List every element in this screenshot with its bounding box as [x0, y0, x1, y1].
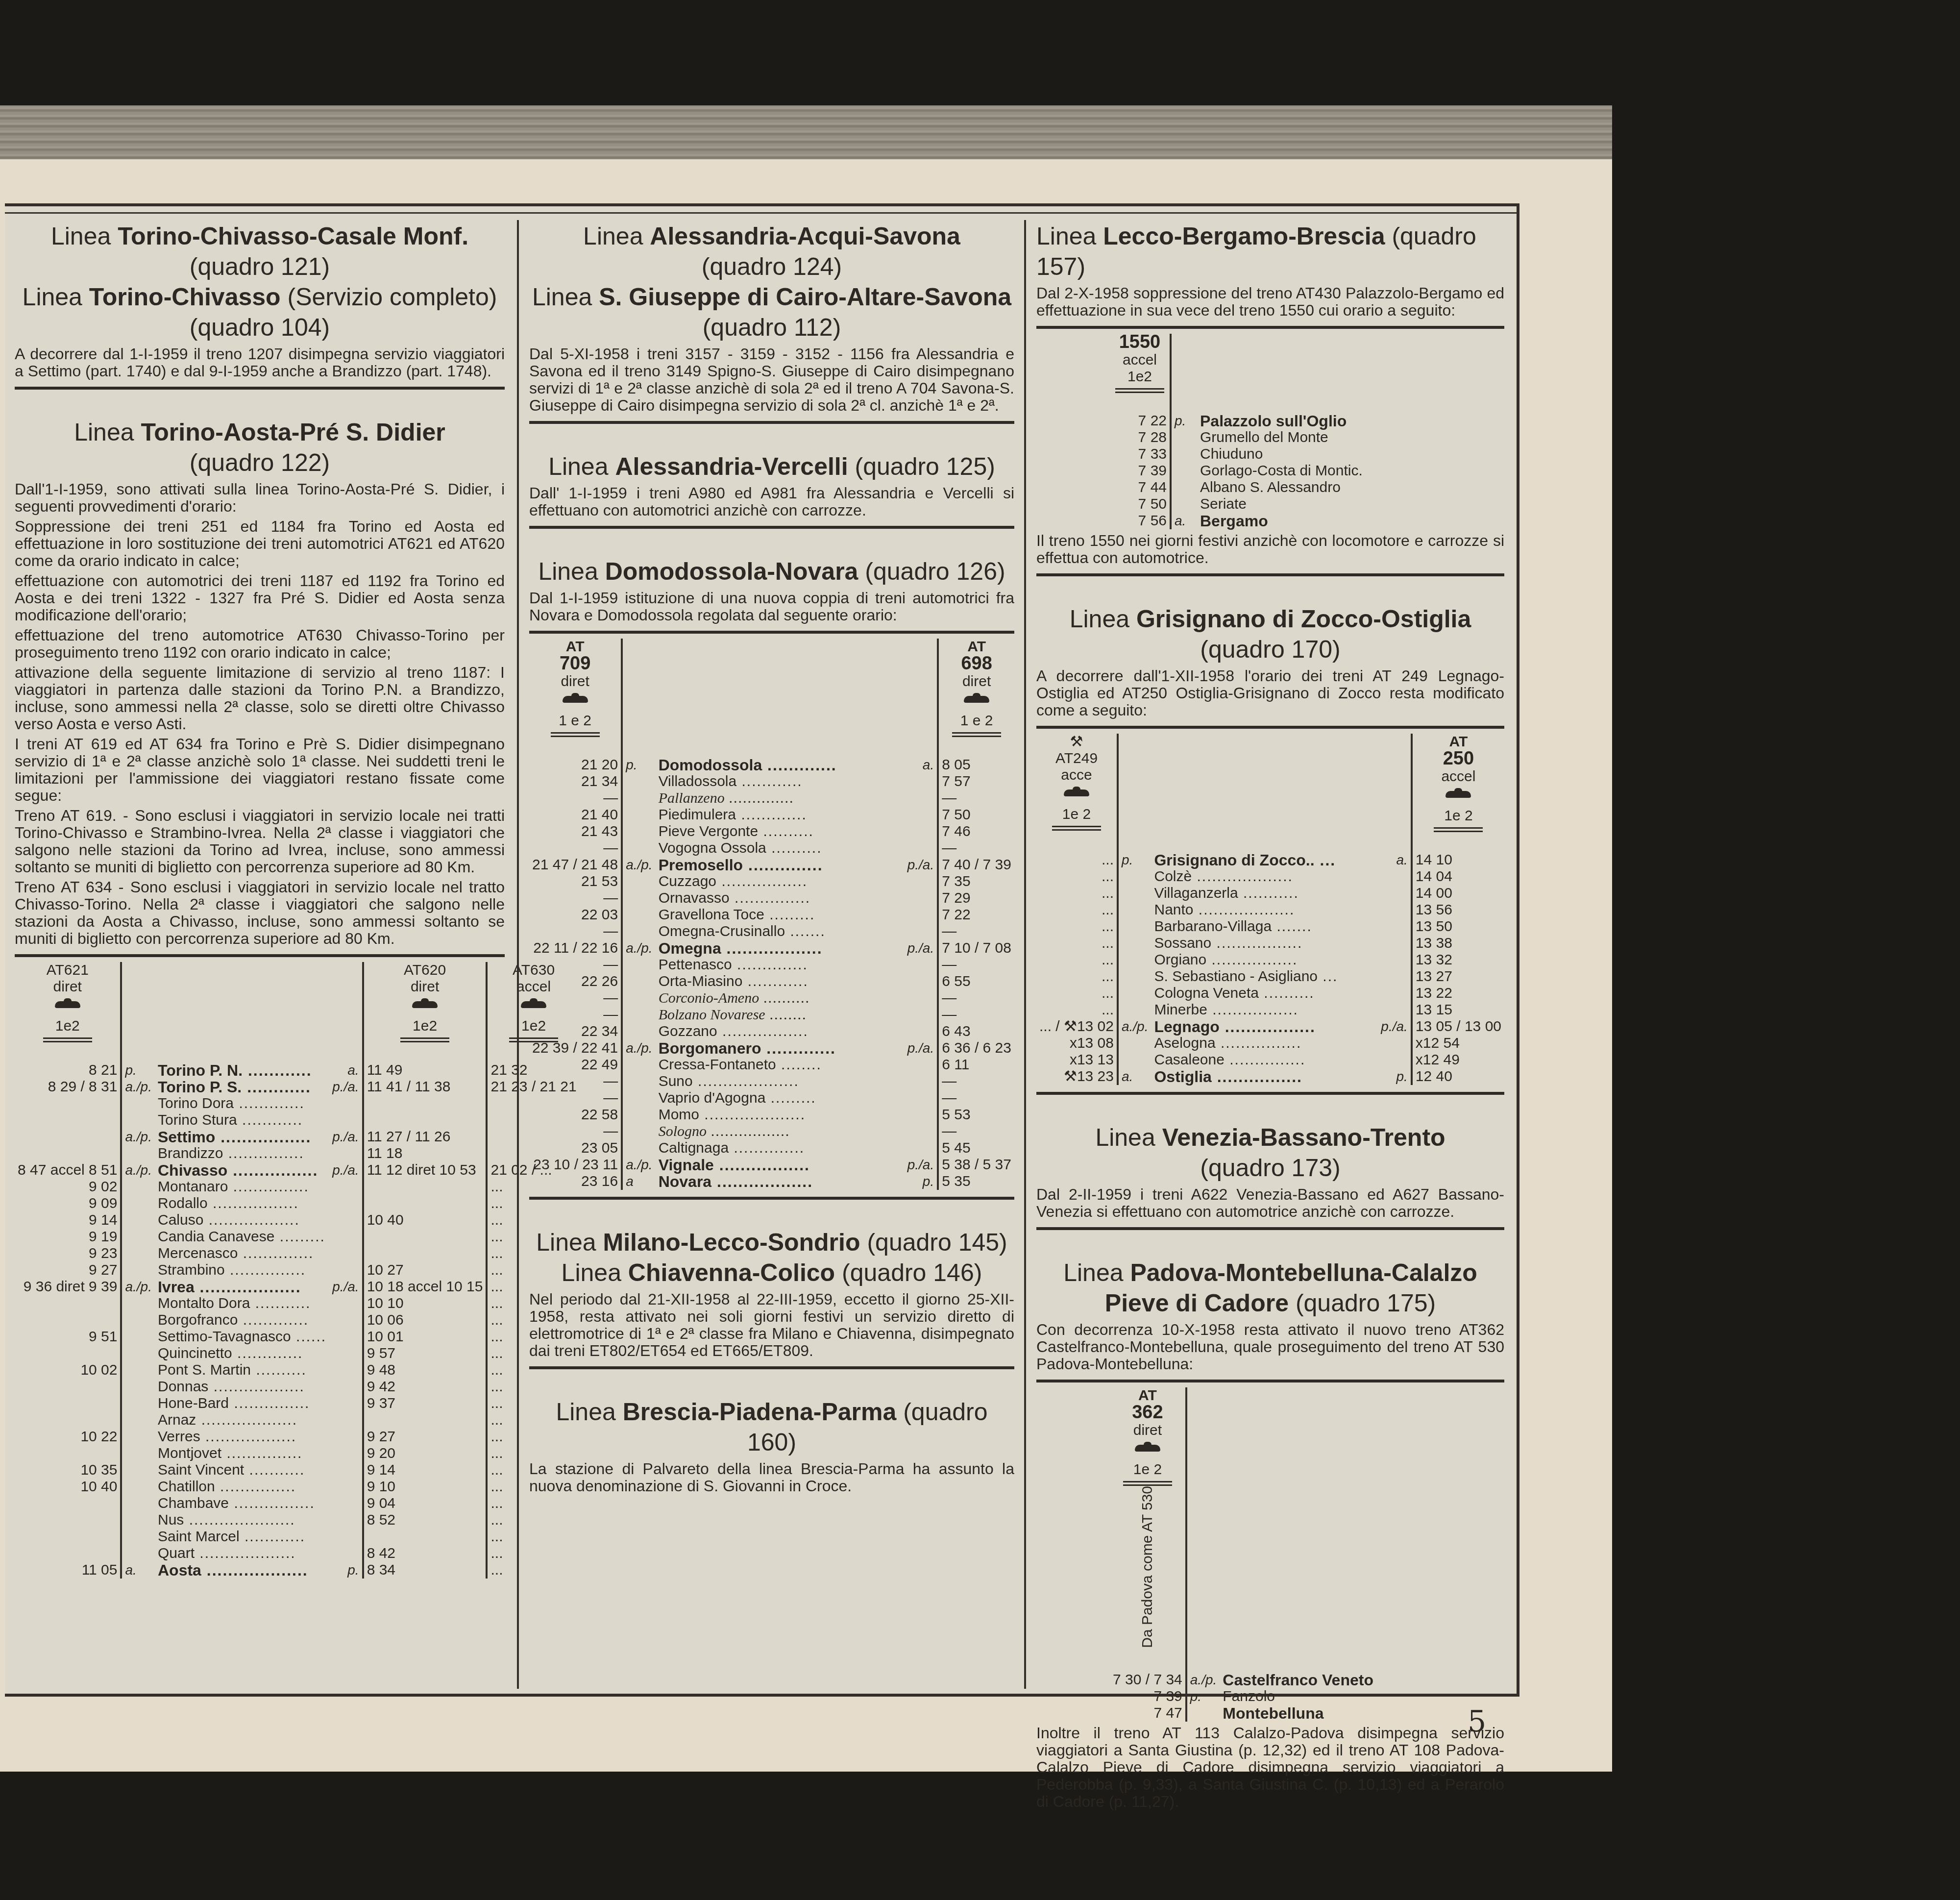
arr-dep-marker — [329, 1229, 363, 1245]
station-name: Barbarano-Villaga ....... — [1151, 918, 1378, 935]
table-row: 8 29 / 8 31a./p.Torino P. S. ...........… — [15, 1079, 580, 1095]
table-row: 9 19Candia Canavese ............ — [15, 1229, 580, 1245]
time-at698: — — [938, 790, 1014, 807]
arr-dep-marker — [329, 1212, 363, 1229]
section-title: Linea Torino-Chivasso (Servizio completo… — [15, 282, 505, 312]
divider — [529, 421, 1014, 424]
arr-dep-marker — [1378, 1052, 1411, 1068]
table-row: 7 22p.Palazzolo sull'Oglio — [1110, 413, 1366, 429]
time-at709: — — [529, 1073, 622, 1090]
time-1550: 7 44 — [1110, 479, 1171, 496]
time-at709: 22 03 — [529, 907, 622, 923]
arr-dep-marker — [121, 1179, 154, 1195]
arr-dep-marker — [1186, 1705, 1220, 1722]
time-at698: 5 53 — [938, 1107, 1014, 1123]
notice-lecco-bergamo-brescia: Linea Lecco-Bergamo-Brescia (quadro 157)… — [1027, 221, 1514, 604]
station-name: Donnas .................. — [155, 1379, 329, 1395]
time-at698: — — [938, 957, 1014, 973]
time-at249: ... — [1036, 852, 1118, 868]
table-row: 7 28Grumello del Monte — [1110, 429, 1366, 446]
arr-dep-marker — [329, 1345, 363, 1362]
time-at620 — [363, 1229, 487, 1245]
table-row: —Sologno .................— — [529, 1123, 1014, 1140]
station-name: Quart ................... — [155, 1545, 329, 1562]
time-at621: 9 27 — [15, 1262, 121, 1279]
time-at620: 11 27 / 11 26 — [363, 1129, 487, 1145]
arr-dep-marker — [329, 1112, 363, 1129]
double-rule — [551, 732, 600, 737]
arr-dep-marker — [622, 1123, 655, 1140]
table-row: 10 02Pont S. Martin ..........9 48... — [15, 1362, 580, 1379]
timetable-header: AT621 diret 1e2 AT620 diret 1e2 — [15, 962, 580, 1062]
arr-dep-marker: p./a. — [905, 857, 938, 873]
time-at709: 23 16 — [529, 1173, 622, 1190]
station-name: Brandizzo ............... — [155, 1145, 329, 1162]
arr-dep-marker: p. — [1378, 1068, 1411, 1085]
time-at621: 9 51 — [15, 1329, 121, 1345]
table-row: ...Sossano .................13 38 — [1036, 935, 1504, 952]
arr-dep-marker — [905, 840, 938, 857]
arr-dep-marker — [329, 1545, 363, 1562]
arr-dep-marker — [329, 1495, 363, 1512]
arr-dep-marker — [121, 1312, 154, 1329]
notice-text: La stazione di Palvareto della linea Bre… — [529, 1460, 1014, 1495]
arr-dep-marker — [622, 973, 655, 990]
table-row: 21 40Piedimulera .............7 50 — [529, 807, 1014, 823]
train-header-at362: AT 362 diret 1e 2 Da Padova come AT 530 — [1110, 1387, 1186, 1672]
table-row: 11 05a.Aosta ...................p.8 34..… — [15, 1562, 580, 1579]
time-at620: 10 01 — [363, 1329, 487, 1345]
arr-dep-marker: a./p. — [622, 940, 655, 957]
time-at620: 10 06 — [363, 1312, 487, 1329]
time-at249: ... — [1036, 868, 1118, 885]
arr-dep-marker — [622, 1073, 655, 1090]
arr-dep-marker — [1378, 868, 1411, 885]
arr-dep-marker — [121, 1245, 154, 1262]
table-row: 7 33Chiuduno — [1110, 446, 1366, 463]
arr-dep-marker — [622, 990, 655, 1007]
arr-dep-marker — [329, 1329, 363, 1345]
station-name: Casaleone ............... — [1151, 1052, 1378, 1068]
time-1550: 7 33 — [1110, 446, 1171, 463]
quadro-label: (quadro 173) — [1036, 1153, 1504, 1183]
section-title: Linea Brescia-Piadena-Parma (quadro 160) — [529, 1397, 1014, 1457]
station-name: Fanzolo — [1220, 1688, 1376, 1705]
station-name: S. Sebastiano - Asigliano ... — [1151, 968, 1378, 985]
section-title: Linea Torino-Chivasso-Casale Monf. — [15, 221, 505, 251]
arr-dep-marker — [1118, 918, 1151, 935]
station-name: Vogogna Ossola .......... — [656, 840, 905, 857]
time-at709: 22 34 — [529, 1023, 622, 1040]
arr-dep-marker — [329, 1395, 363, 1412]
time-at250: 14 00 — [1412, 885, 1504, 902]
time-at249: x13 13 — [1036, 1052, 1118, 1068]
section-title: Linea S. Giuseppe di Cairo-Altare-Savona… — [529, 282, 1014, 343]
arr-dep-marker: p./a. — [329, 1162, 363, 1179]
time-at621: 9 36 diret 9 39 — [15, 1279, 121, 1295]
time-at621: 8 47 accel 8 51 — [15, 1162, 121, 1179]
time-at621 — [15, 1495, 121, 1512]
time-at698: — — [938, 1073, 1014, 1090]
time-at621 — [15, 1312, 121, 1329]
time-1550: 7 50 — [1110, 496, 1171, 513]
time-at620: 9 48 — [363, 1362, 487, 1379]
arr-dep-marker: a./p. — [622, 857, 655, 873]
station-name: Torino P. N. ............ — [155, 1062, 329, 1079]
station-name: Saint Vincent ........... — [155, 1462, 329, 1479]
time-at621: 10 02 — [15, 1362, 121, 1379]
station-name: Omegna .................. — [656, 940, 905, 957]
time-at620: 9 57 — [363, 1345, 487, 1362]
double-rule — [1123, 1481, 1172, 1486]
time-at709: 22 11 / 22 16 — [529, 940, 622, 957]
time-at620: 9 10 — [363, 1479, 487, 1495]
train-header-at249: ⚒ AT249 acce 1e 2 — [1036, 734, 1118, 852]
arr-dep-marker — [121, 1512, 154, 1529]
arr-dep-marker — [121, 1329, 154, 1345]
arr-dep-marker — [1118, 1035, 1151, 1052]
time-at621 — [15, 1295, 121, 1312]
arr-dep-marker — [121, 1445, 154, 1462]
station-name: Colzè ................... — [1151, 868, 1378, 885]
time-at698: — — [938, 990, 1014, 1007]
arr-dep-marker — [1118, 902, 1151, 918]
station-name: Pallanzeno .............. — [656, 790, 905, 807]
table-row: Quincinetto .............9 57... — [15, 1345, 580, 1362]
arr-dep-marker — [329, 1295, 363, 1312]
time-at249: ... — [1036, 918, 1118, 935]
table-row: Quart ...................8 42... — [15, 1545, 580, 1562]
station-name: Grisignano di Zocco.. ... — [1151, 852, 1378, 868]
arr-dep-marker — [1118, 1052, 1151, 1068]
table-row: ...Nanto ...................13 56 — [1036, 902, 1504, 918]
station-name: Bergamo — [1197, 513, 1366, 529]
divider — [529, 1366, 1014, 1369]
station-name: Premosello .............. — [656, 857, 905, 873]
arr-dep-marker — [622, 807, 655, 823]
station-name: Cologna Veneta .......... — [1151, 985, 1378, 1002]
railcar-icon — [53, 998, 82, 1011]
table-row: ...S. Sebastiano - Asigliano ...13 27 — [1036, 968, 1504, 985]
time-at620: 8 34 — [363, 1562, 487, 1579]
time-at620: 9 04 — [363, 1495, 487, 1512]
arr-dep-marker — [905, 923, 938, 940]
section-title: Linea Grisignano di Zocco-Ostiglia — [1036, 604, 1504, 634]
time-at621 — [15, 1145, 121, 1162]
table-row: 22 58Momo ....................5 53 — [529, 1107, 1014, 1123]
arr-dep-marker — [329, 1312, 363, 1329]
arr-dep-marker: a. — [1171, 513, 1197, 529]
train-header-at709: AT 709 diret 1 e 2 — [529, 639, 622, 757]
arr-dep-marker — [622, 1090, 655, 1107]
section-title: Linea Alessandria-Vercelli (quadro 125) — [529, 451, 1014, 482]
time-at249: ... — [1036, 885, 1118, 902]
table-row: 9 14Caluso ..................10 40... — [15, 1212, 580, 1229]
time-at362: 7 30 / 7 34 — [1110, 1672, 1186, 1688]
station-name: Grumello del Monte — [1197, 429, 1366, 446]
time-at250: 13 05 / 13 00 — [1412, 1018, 1504, 1035]
table-row: ...Orgiano .................13 32 — [1036, 952, 1504, 968]
station-name: Montalto Dora ........... — [155, 1295, 329, 1312]
time-at620: 9 27 — [363, 1429, 487, 1445]
time-at620: 10 27 — [363, 1262, 487, 1279]
table-row: ... / ⚒13 02a./p.Legnago ...............… — [1036, 1018, 1504, 1035]
arr-dep-marker — [905, 1107, 938, 1123]
station-name: Borgomanero ............. — [656, 1040, 905, 1057]
station-name: Montebelluna — [1220, 1705, 1376, 1722]
notice-text: Dal 5-XI-1958 i treni 3157 - 3159 - 3152… — [529, 345, 1014, 414]
arr-dep-marker — [121, 1112, 154, 1129]
arr-dep-marker — [622, 840, 655, 857]
notice-text: A decorrere dal 1-I-1959 il treno 1207 d… — [15, 345, 505, 380]
notice-paragraph: Soppressione dei treni 251 ed 1184 fra T… — [15, 518, 505, 569]
station-name: Gravellona Toce ......... — [656, 907, 905, 923]
railcar-icon — [962, 693, 991, 706]
arr-dep-marker — [329, 1462, 363, 1479]
timetable-torino-aosta: AT621 diret 1e2 AT620 diret 1e2 — [15, 962, 580, 1579]
table-row: 22 39 / 22 41a./p.Borgomanero ..........… — [529, 1040, 1014, 1057]
time-at249: x13 08 — [1036, 1035, 1118, 1052]
table-row: 8 21p.Torino P. N. ............a.11 4921… — [15, 1062, 580, 1079]
time-at250: 12 40 — [1412, 1068, 1504, 1085]
divider — [529, 526, 1014, 529]
arr-dep-marker — [1171, 429, 1197, 446]
divider — [15, 954, 505, 957]
time-at621: 9 14 — [15, 1212, 121, 1229]
quadro-label: (quadro 122) — [15, 447, 505, 478]
table-row: 22 49Cressa-Fontaneto ........6 11 — [529, 1057, 1014, 1073]
table-row: —Pettenasco ..............— — [529, 957, 1014, 973]
arr-dep-marker — [1118, 868, 1151, 885]
arr-dep-marker — [1118, 985, 1151, 1002]
arr-dep-marker — [121, 1345, 154, 1362]
station-name: Pont S. Martin .......... — [155, 1362, 329, 1379]
timetable-header: AT 709 diret 1 e 2 AT 698 diret 1 e 2 — [529, 639, 1014, 757]
arr-dep-marker — [905, 973, 938, 990]
notice-text: Dal 2-II-1959 i treni A622 Venezia-Bassa… — [1036, 1186, 1504, 1220]
table-row: 21 53Cuzzago .................7 35 — [529, 873, 1014, 890]
time-at620 — [363, 1195, 487, 1212]
table-row: 7 30 / 7 34a./p.Castelfranco Veneto — [1110, 1672, 1376, 1688]
arr-dep-marker — [1118, 1002, 1151, 1018]
arr-dep-marker — [905, 990, 938, 1007]
table-row: 23 16aNovara ..................p.5 35 — [529, 1173, 1014, 1190]
time-at698: 5 45 — [938, 1140, 1014, 1157]
station-name: Albano S. Alessandro — [1197, 479, 1366, 496]
arr-dep-marker: a./p. — [622, 1157, 655, 1173]
arr-dep-marker — [121, 1212, 154, 1229]
table-row: Nus .....................8 52... — [15, 1512, 580, 1529]
time-at621 — [15, 1529, 121, 1545]
divider — [15, 387, 505, 390]
notice-text: Con decorrenza 10-X-1958 resta attivato … — [1036, 1321, 1504, 1373]
time-at621 — [15, 1445, 121, 1462]
arr-dep-marker — [1378, 935, 1411, 952]
timetable-grisignano-ostiglia: ⚒ AT249 acce 1e 2 AT 250 accel 1e 2 — [1036, 734, 1504, 1085]
table-row: Donnas ..................9 42... — [15, 1379, 580, 1395]
arr-dep-marker — [622, 907, 655, 923]
time-at621 — [15, 1412, 121, 1429]
arr-dep-marker — [121, 1495, 154, 1512]
arr-dep-marker: p./a. — [905, 1157, 938, 1173]
table-row: 7 39Gorlago-Costa di Montic. — [1110, 463, 1366, 479]
arr-dep-marker — [905, 790, 938, 807]
arr-dep-marker: a. — [1378, 852, 1411, 868]
time-at709: 22 49 — [529, 1057, 622, 1073]
station-name: Pettenasco .............. — [656, 957, 905, 973]
station-name: Mercenasco .............. — [155, 1245, 329, 1262]
notice-padova-calalzo: Linea Padova-Montebelluna-Calalzo Pieve … — [1027, 1258, 1514, 1820]
notice-text: Dal 2-X-1958 soppressione del treno AT43… — [1036, 285, 1504, 319]
station-name: Saint Marcel ............ — [155, 1529, 329, 1545]
time-at698: — — [938, 840, 1014, 857]
notice-text: Dal 1-I-1959 istituzione di una nuova co… — [529, 590, 1014, 624]
time-at620 — [363, 1112, 487, 1129]
time-at250: 13 56 — [1412, 902, 1504, 918]
quadro-label: (quadro 170) — [1036, 634, 1504, 665]
time-at709: 21 53 — [529, 873, 622, 890]
time-at698: 7 46 — [938, 823, 1014, 840]
arr-dep-marker — [905, 1090, 938, 1107]
station-name: Corconio-Ameno .......... — [656, 990, 905, 1007]
station-name: Cressa-Fontaneto ........ — [656, 1057, 905, 1073]
time-at698: — — [938, 1090, 1014, 1107]
time-at250: x12 54 — [1412, 1035, 1504, 1052]
table-row: Torino Dora ............. — [15, 1095, 580, 1112]
arr-dep-marker — [121, 1479, 154, 1495]
time-1550: 7 22 — [1110, 413, 1171, 429]
station-name: Legnago ................. — [1151, 1018, 1378, 1035]
timetable-at362: AT 362 diret 1e 2 Da Padova come AT 530 … — [1110, 1387, 1377, 1722]
arr-dep-marker — [622, 773, 655, 790]
time-at698: 6 36 / 6 23 — [938, 1040, 1014, 1057]
notice-alessandria-savona: Linea Alessandria-Acqui-Savona (quadro 1… — [519, 221, 1024, 451]
notice-venezia-bassano-trento: Linea Venezia-Bassano-Trento (quadro 173… — [1027, 1122, 1514, 1258]
train-header-at250: AT 250 accel 1e 2 — [1412, 734, 1504, 852]
table-row: Chambave ................9 04... — [15, 1495, 580, 1512]
time-at621: 9 19 — [15, 1229, 121, 1245]
arr-dep-marker: a. — [329, 1062, 363, 1079]
station-name: Caluso .................. — [155, 1212, 329, 1229]
notice-paragraph: Treno AT 634 - Sono esclusi i viaggiator… — [15, 879, 505, 947]
table-row: 22 26Orta-Miasino ............6 55 — [529, 973, 1014, 990]
timetable-1550: 1550 accel 1e2 7 22p.Palazzolo sull'Ogli… — [1110, 334, 1367, 529]
time-at620 — [363, 1529, 487, 1545]
footnote: Il treno 1550 nei giorni festivi anzichè… — [1036, 532, 1504, 567]
time-at249: ... — [1036, 968, 1118, 985]
arr-dep-marker — [622, 890, 655, 907]
time-at250: 13 15 — [1412, 1002, 1504, 1018]
arr-dep-marker — [329, 1145, 363, 1162]
railcar-icon — [1062, 787, 1091, 799]
station-name: Hone-Bard ............... — [155, 1395, 329, 1412]
time-at249: ... — [1036, 902, 1118, 918]
arr-dep-marker — [1118, 885, 1151, 902]
notice-torino-chivasso: Linea Torino-Chivasso-Casale Monf. (quad… — [5, 221, 514, 417]
time-1550: 7 39 — [1110, 463, 1171, 479]
arr-dep-marker — [1378, 1035, 1411, 1052]
arr-dep-marker — [1171, 479, 1197, 496]
table-row: —Corconio-Ameno ..........— — [529, 990, 1014, 1007]
railcar-icon — [1444, 788, 1473, 801]
page-number: 5 — [1468, 1704, 1486, 1739]
time-at698: 7 22 — [938, 907, 1014, 923]
arr-dep-marker — [622, 1007, 655, 1023]
station-name: Settimo ................. — [155, 1129, 329, 1145]
time-at709: — — [529, 923, 622, 940]
table-row: 9 51Settimo-Tavagnasco ......10 01... — [15, 1329, 580, 1345]
hammer-pick-icon: ⚒ — [1039, 734, 1114, 750]
time-at709: — — [529, 1123, 622, 1140]
time-at250: 14 04 — [1412, 868, 1504, 885]
table-row: Brandizzo ...............11 18 — [15, 1145, 580, 1162]
arr-dep-marker: a./p. — [1186, 1672, 1220, 1688]
arr-dep-marker: a — [622, 1173, 655, 1190]
station-name: Verres .................. — [155, 1429, 329, 1445]
table-row: 21 47 / 21 48a./p.Premosello ...........… — [529, 857, 1014, 873]
arr-dep-marker: a. — [121, 1562, 154, 1579]
table-row: 22 34Gozzano .................6 43 — [529, 1023, 1014, 1040]
time-at249: ... — [1036, 1002, 1118, 1018]
arr-dep-marker — [905, 873, 938, 890]
table-row: 10 40Chatillon ...............9 10... — [15, 1479, 580, 1495]
time-at620 — [363, 1179, 487, 1195]
table-row: —Pallanzeno ..............— — [529, 790, 1014, 807]
arr-dep-marker — [329, 1245, 363, 1262]
time-at709: — — [529, 1007, 622, 1023]
notice-alessandria-vercelli: Linea Alessandria-Vercelli (quadro 125) … — [519, 451, 1024, 556]
time-at621 — [15, 1395, 121, 1412]
arr-dep-marker — [121, 1195, 154, 1212]
notice-paragraph: I treni AT 619 ed AT 634 fra Torino e Pr… — [15, 736, 505, 804]
time-at250: 13 22 — [1412, 985, 1504, 1002]
book-page-edges — [0, 105, 1612, 159]
train-header-at698: AT 698 diret 1 e 2 — [938, 639, 1014, 757]
table-row: ...p.Grisignano di Zocco.. ...a.14 10 — [1036, 852, 1504, 868]
section-title: Linea Domodossola-Novara (quadro 126) — [529, 556, 1014, 587]
notice-brescia-parma: Linea Brescia-Piadena-Parma (quadro 160)… — [519, 1397, 1024, 1505]
time-at250: 13 27 — [1412, 968, 1504, 985]
arr-dep-marker — [622, 1023, 655, 1040]
station-name: Villaganzerla ........... — [1151, 885, 1378, 902]
table-row: 9 27Strambino ...............10 27... — [15, 1262, 580, 1279]
time-at709: 21 43 — [529, 823, 622, 840]
time-at698: 7 40 / 7 39 — [938, 857, 1014, 873]
notice-paragraph: Treno AT 619. - Sono esclusi i viaggiato… — [15, 807, 505, 876]
table-row: 23 10 / 23 11a./p.Vignale ..............… — [529, 1157, 1014, 1173]
table-row: 21 34Villadossola ............7 57 — [529, 773, 1014, 790]
station-name: Vaprio d'Agogna ......... — [656, 1090, 905, 1107]
time-at620: 9 42 — [363, 1379, 487, 1395]
train-header-at621: AT621 diret 1e2 — [15, 962, 121, 1062]
arr-dep-marker: p./a. — [329, 1129, 363, 1145]
double-rule — [1434, 827, 1483, 832]
table-row: 10 22Verres ..................9 27... — [15, 1429, 580, 1445]
time-at620: 10 18 accel 10 15 — [363, 1279, 487, 1295]
time-at709: — — [529, 990, 622, 1007]
train-header-at620: AT620 diret 1e2 — [363, 962, 487, 1062]
arr-dep-marker — [905, 957, 938, 973]
double-rule — [400, 1037, 449, 1042]
time-at621: 10 35 — [15, 1462, 121, 1479]
divider — [1036, 326, 1504, 329]
timetable-header: AT 362 diret 1e 2 Da Padova come AT 530 — [1110, 1387, 1376, 1672]
time-at620: 9 20 — [363, 1445, 487, 1462]
time-1550: 7 56 — [1110, 513, 1171, 529]
time-at250: 13 38 — [1412, 935, 1504, 952]
time-at249: ... — [1036, 985, 1118, 1002]
table-row: 9 36 diret 9 39a./p.Ivrea ..............… — [15, 1279, 580, 1295]
